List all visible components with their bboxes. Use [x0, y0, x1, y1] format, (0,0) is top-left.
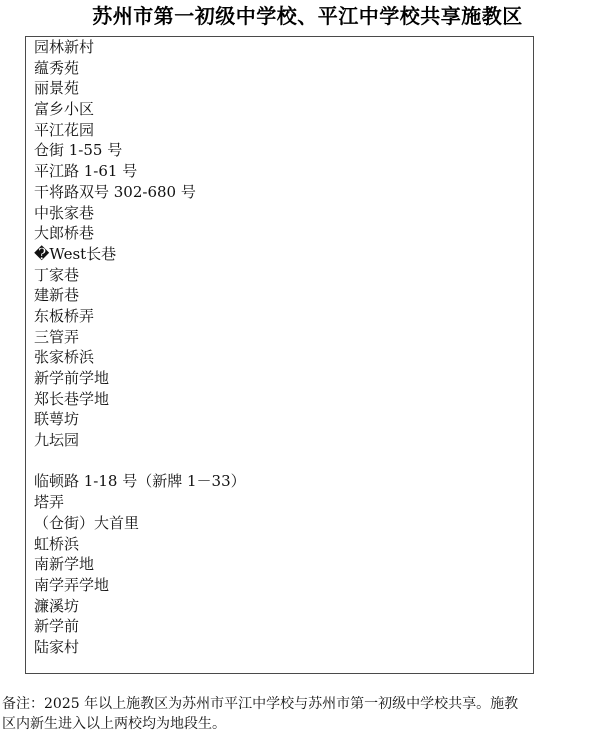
list-item: 平江花园	[34, 120, 246, 141]
list-item: 中张家巷	[34, 203, 246, 224]
list-item: 南学弄学地	[34, 575, 246, 596]
list-item: 南新学地	[34, 554, 246, 575]
list-item: 丁家巷	[34, 265, 246, 286]
list-item: 干将路双号 302-680 号	[34, 182, 246, 203]
catchment-area-list: 园林新村 蕴秀苑 丽景苑 富乡小区 平江花园 仓街 1-55 号 平江路 1-6…	[34, 37, 246, 658]
footnote: 备注：2025 年以上施教区为苏州市平江中学校与苏州市第一初级中学校共享。施教 …	[2, 694, 612, 734]
list-item: 郑长巷学地	[34, 389, 246, 410]
list-item: 联萼坊	[34, 409, 246, 430]
group-spacer	[34, 451, 246, 472]
list-item: 建新巷	[34, 285, 246, 306]
list-item: 新学前	[34, 616, 246, 637]
list-item: 平江路 1-61 号	[34, 161, 246, 182]
footnote-line-2: 区内新生进入以上两校均为地段生。	[2, 714, 612, 734]
list-item: �West长巷	[34, 244, 246, 265]
page-title: 苏州市第一初级中学校、平江中学校共享施教区	[0, 3, 615, 29]
list-item: 富乡小区	[34, 99, 246, 120]
list-item: 东板桥弄	[34, 306, 246, 327]
list-item: 张家桥浜	[34, 347, 246, 368]
list-item: 陆家村	[34, 637, 246, 658]
list-item: 仓街 1-55 号	[34, 140, 246, 161]
list-item: （仓街）大首里	[34, 513, 246, 534]
list-item: 临顿路 1-18 号（新牌 1－33）	[34, 471, 246, 492]
list-item: 塔弄	[34, 492, 246, 513]
list-item: 丽景苑	[34, 78, 246, 99]
list-item: 园林新村	[34, 37, 246, 58]
list-item: 虹桥浜	[34, 534, 246, 555]
footnote-line-1: 备注：2025 年以上施教区为苏州市平江中学校与苏州市第一初级中学校共享。施教	[2, 694, 612, 714]
list-item: 蕴秀苑	[34, 58, 246, 79]
list-item: 大郎桥巷	[34, 223, 246, 244]
list-item: 濂溪坊	[34, 596, 246, 617]
list-item: 九坛园	[34, 430, 246, 451]
list-item: 新学前学地	[34, 368, 246, 389]
list-item: 三管弄	[34, 327, 246, 348]
catchment-area-box: 园林新村 蕴秀苑 丽景苑 富乡小区 平江花园 仓街 1-55 号 平江路 1-6…	[25, 36, 534, 674]
